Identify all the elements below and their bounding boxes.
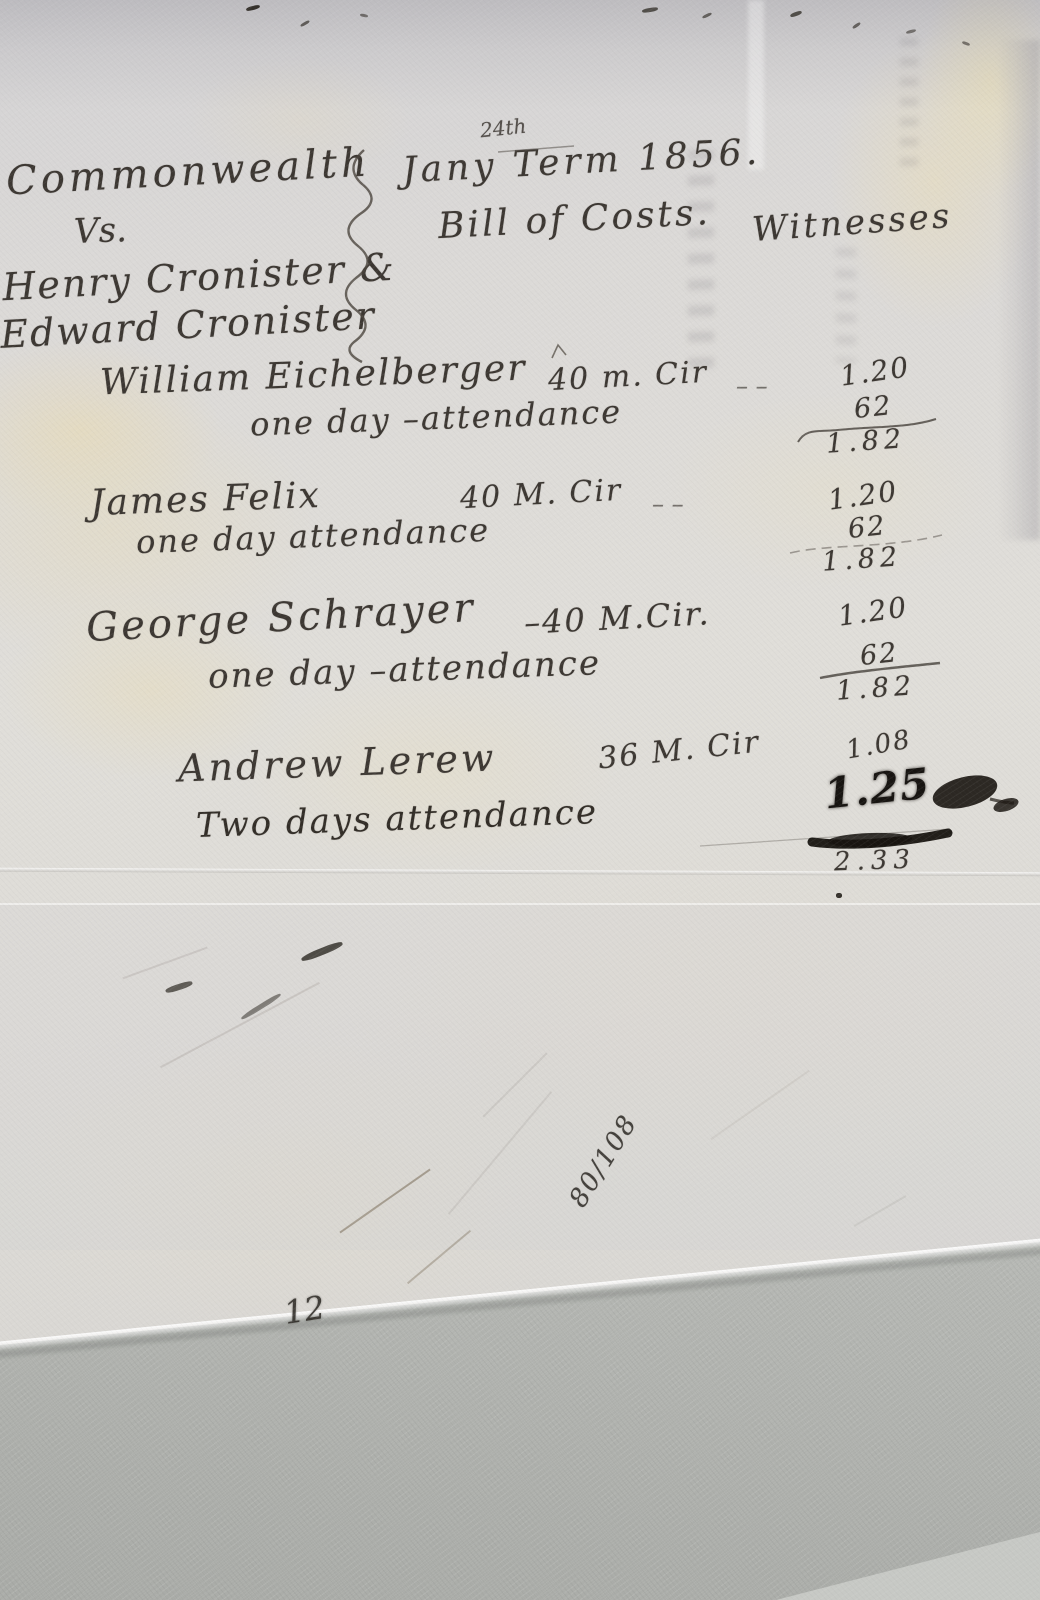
versus-label: Vs. xyxy=(73,213,127,249)
ditto-dashes: – – xyxy=(736,374,768,398)
ink-speck xyxy=(836,893,842,898)
document-header: 24th Jany Term 1856. Bill of Costs. Witn… xyxy=(380,100,1040,270)
attendance-fee: 1.25 xyxy=(822,763,932,816)
mileage-fee: 1.20 xyxy=(826,477,900,515)
mileage-note: –40 M.Cir. xyxy=(523,597,711,639)
term-line: Jany Term 1856. xyxy=(401,135,762,190)
mileage-fee: 1.20 xyxy=(836,593,910,631)
attendance-note: one day attendance xyxy=(136,514,491,558)
top-shadow-band xyxy=(0,0,1040,110)
corner-ink-mark: 12 xyxy=(282,1291,327,1329)
witness-entry: William Eichelberger 40 m. Cir – – 1.20 … xyxy=(0,340,1040,470)
plaintiff-name: Commonwealth xyxy=(5,142,371,201)
mileage-note: 40 m. Cir xyxy=(547,358,708,396)
attendance-note: one day –attendance xyxy=(250,396,623,441)
entry-total: 1.82 xyxy=(835,672,917,705)
entry-total: 1.82 xyxy=(825,425,907,458)
witness-name: James Felix xyxy=(89,478,321,522)
witness-name: George Schrayer xyxy=(85,588,476,648)
witness-entry: George Schrayer –40 M.Cir. 1.20 one day … xyxy=(0,585,1040,720)
term-day-superscript: 24th xyxy=(479,116,527,141)
entry-total: 1.82 xyxy=(821,543,903,576)
document-photo: Commonwealth Vs. Henry Cronister & Edwar… xyxy=(0,0,1040,1600)
attendance-note: one day –attendance xyxy=(208,646,602,694)
attendance-fee: 62 xyxy=(847,512,888,543)
witness-entry: James Felix 40 M. Cir – – 1.20 one day a… xyxy=(0,470,1040,590)
witness-name: Andrew Lerew xyxy=(177,738,497,787)
witnesses-heading: Witnesses xyxy=(751,199,953,247)
witness-name: William Eichelberger xyxy=(100,351,528,402)
mileage-fee: 1.08 xyxy=(844,726,913,763)
ditto-dashes: – – xyxy=(652,492,684,516)
mileage-note: 40 M. Cir xyxy=(459,476,623,514)
attendance-note: Two days attendance xyxy=(196,795,599,843)
entry-total: 2.33 xyxy=(834,847,917,876)
mileage-fee: 1.20 xyxy=(838,353,912,391)
mileage-note: 36 M. Cir xyxy=(597,728,762,775)
attendance-fee: 62 xyxy=(859,639,900,670)
attendance-fee: 62 xyxy=(853,392,894,423)
bill-of-costs-title: Bill of Costs. xyxy=(437,195,711,245)
witness-entry: Andrew Lerew 36 M. Cir 1.08 1.25 Two day… xyxy=(0,720,1040,885)
